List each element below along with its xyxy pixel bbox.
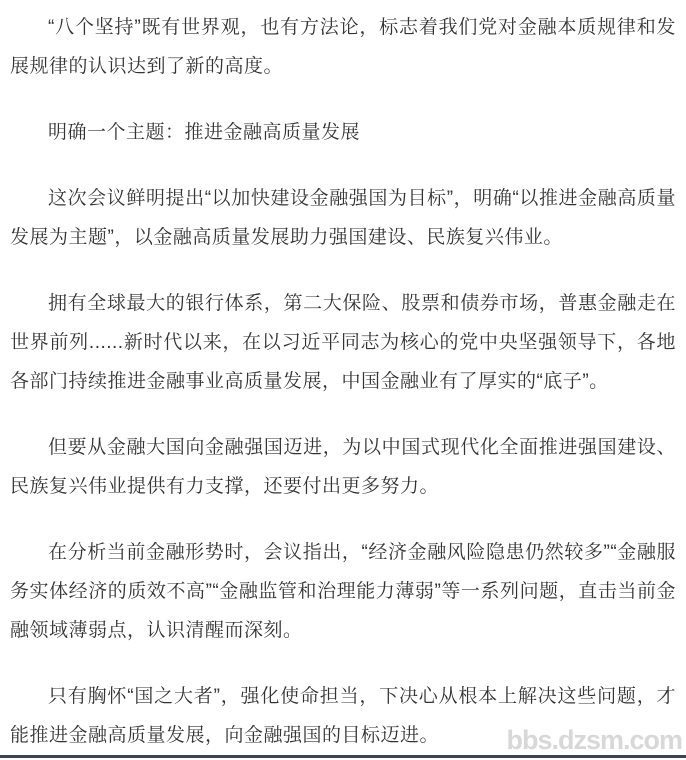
article-paragraph-1: “八个坚持”既有世界观，也有方法论，标志着我们党对金融本质规律和发展规律的认识达… (10, 8, 676, 86)
article-paragraph-5: 但要从金融大国向金融强国迈进，为以中国式现代化全面推进强国建设、民族复兴伟业提供… (10, 428, 676, 506)
article-paragraph-6: 在分析当前金融形势时，会议指出，“经济金融风险隐患仍然较多”“金融服务实体经济的… (10, 533, 676, 650)
article-paragraph-3: 这次会议鲜明提出“以加快建设金融强国为目标”，明确“以推进金融高质量发展为主题”… (10, 179, 676, 257)
article-body: “八个坚持”既有世界观，也有方法论，标志着我们党对金融本质规律和发展规律的认识达… (0, 0, 686, 755)
article-paragraph-4: 拥有全球最大的银行体系，第二大保险、股票和债券市场，普惠金融走在世界前列....… (10, 284, 676, 401)
bottom-divider (0, 755, 686, 758)
site-watermark: bbs.dzsm.com (506, 727, 682, 754)
article-paragraph-2: 明确一个主题：推进金融高质量发展 (10, 113, 676, 152)
